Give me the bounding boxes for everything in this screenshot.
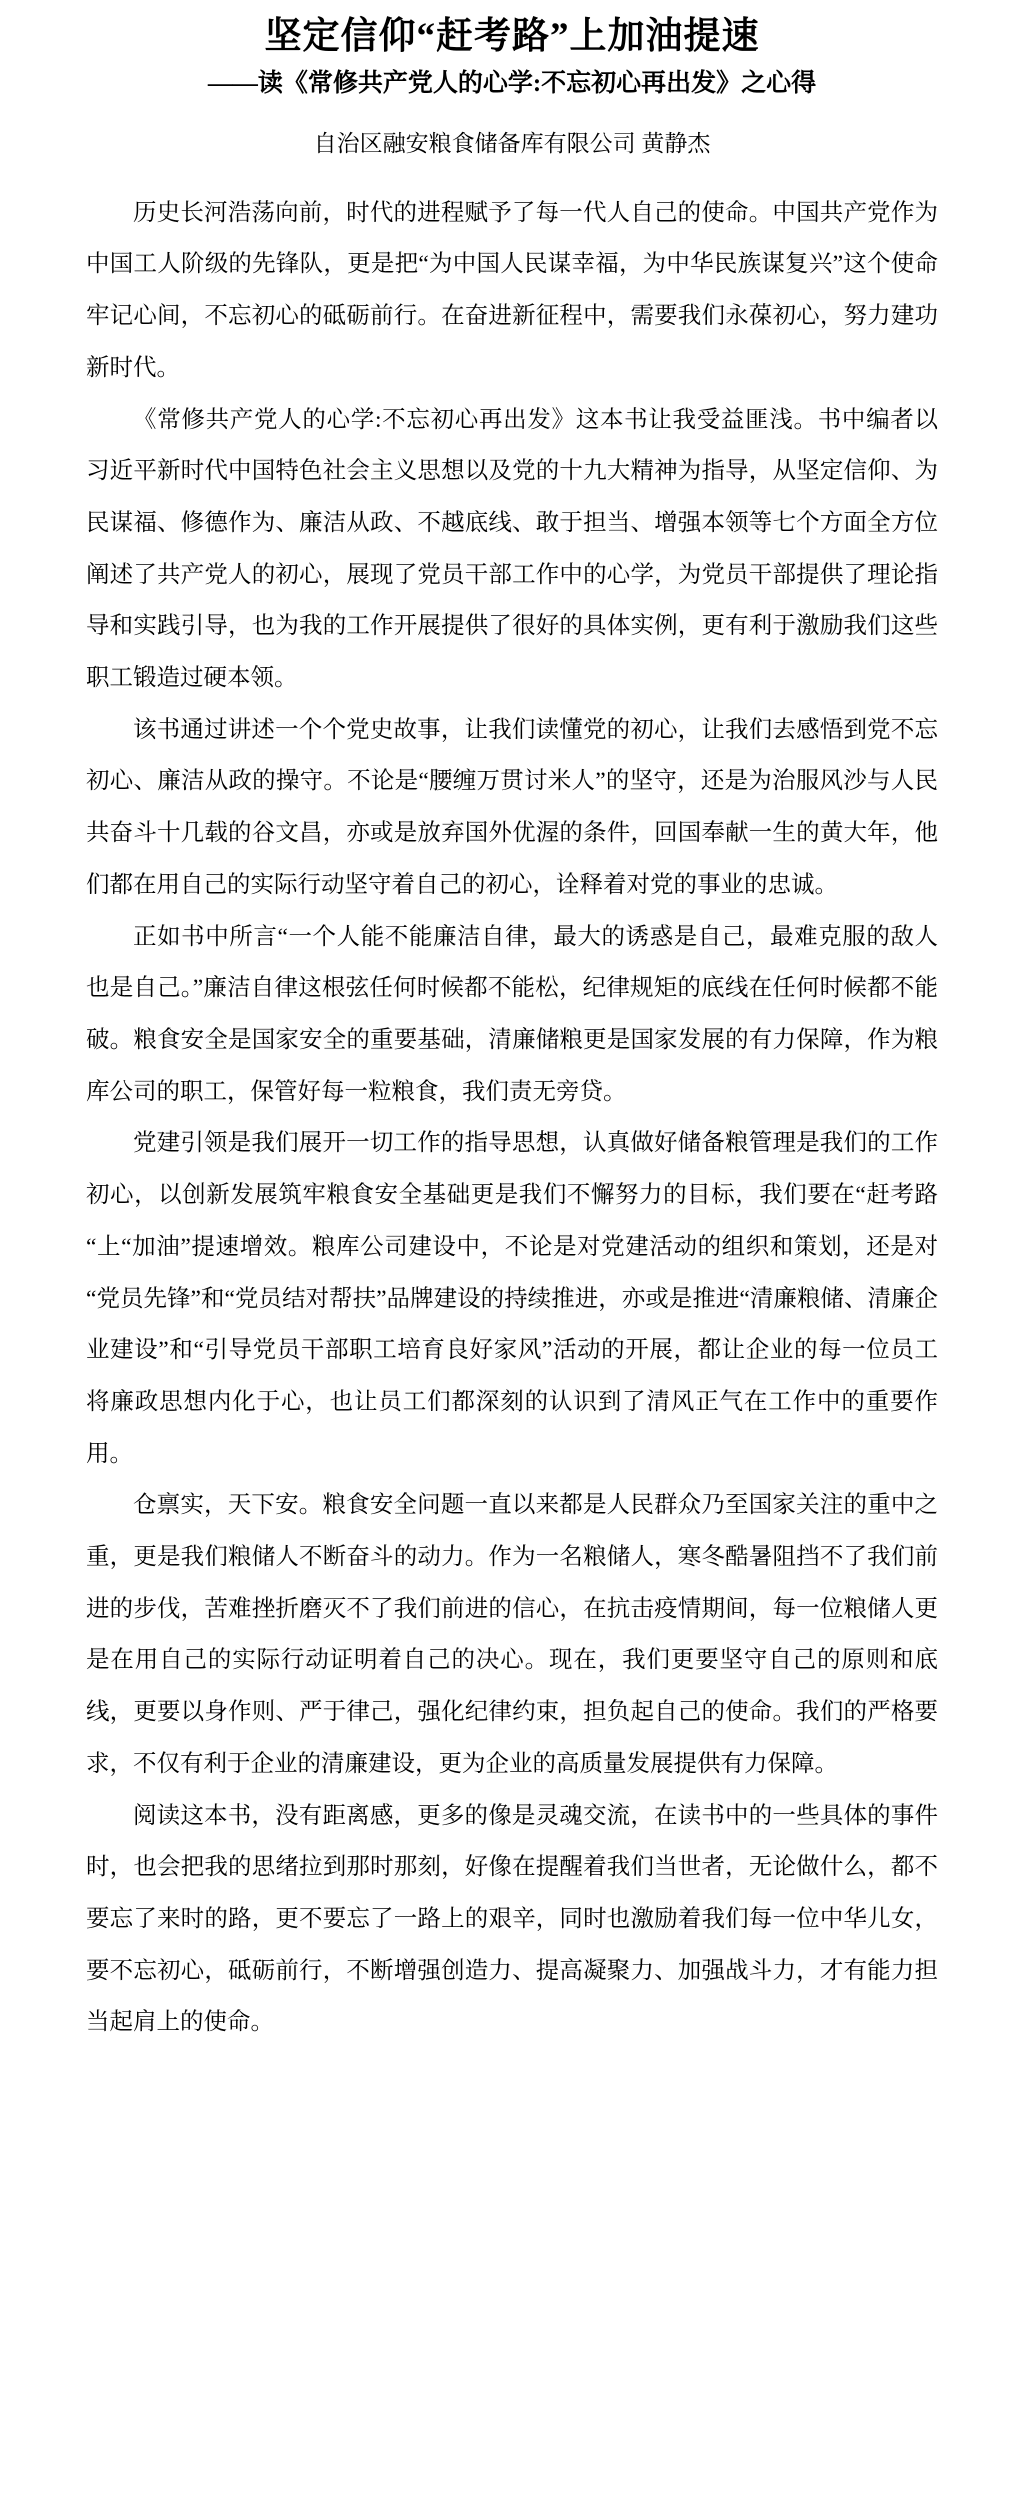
document-page: 坚定信仰“赶考路”上加油提速 ——读《常修共产党人的心学:不忘初心再出发》之心得… bbox=[0, 0, 1024, 2512]
body-paragraph: 该书通过讲述一个个党史故事，让我们读懂党的初心，让我们去感悟到党不忘初心、廉洁从… bbox=[86, 705, 938, 912]
author-line: 自治区融安粮食储备库有限公司 黄静杰 bbox=[86, 125, 938, 158]
body-paragraph: 阅读这本书，没有距离感，更多的像是灵魂交流，在读书中的一些具体的事件时，也会把我… bbox=[86, 1791, 938, 2050]
body-paragraph: 党建引领是我们展开一切工作的指导思想，认真做好储备粮管理是我们的工作初心，以创新… bbox=[86, 1118, 938, 1480]
body-paragraph: 仓禀实，天下安。粮食安全问题一直以来都是人民群众乃至国家关注的重中之重，更是我们… bbox=[86, 1480, 938, 1790]
body-paragraph: 《常修共产党人的心学:不忘初心再出发》这本书让我受益匪浅。书中编者以习近平新时代… bbox=[86, 395, 938, 705]
document-subtitle: ——读《常修共产党人的心学:不忘初心再出发》之心得 bbox=[86, 68, 938, 101]
document-title: 坚定信仰“赶考路”上加油提速 bbox=[86, 14, 938, 60]
document-body: 历史长河浩荡向前，时代的进程赋予了每一代人自己的使命。中国共产党作为中国工人阶级… bbox=[86, 188, 938, 2049]
body-paragraph: 正如书中所言“一个人能不能廉洁自律，最大的诱惑是自己，最难克服的敌人也是自己。”… bbox=[86, 912, 938, 1119]
body-paragraph: 历史长河浩荡向前，时代的进程赋予了每一代人自己的使命。中国共产党作为中国工人阶级… bbox=[86, 188, 938, 395]
